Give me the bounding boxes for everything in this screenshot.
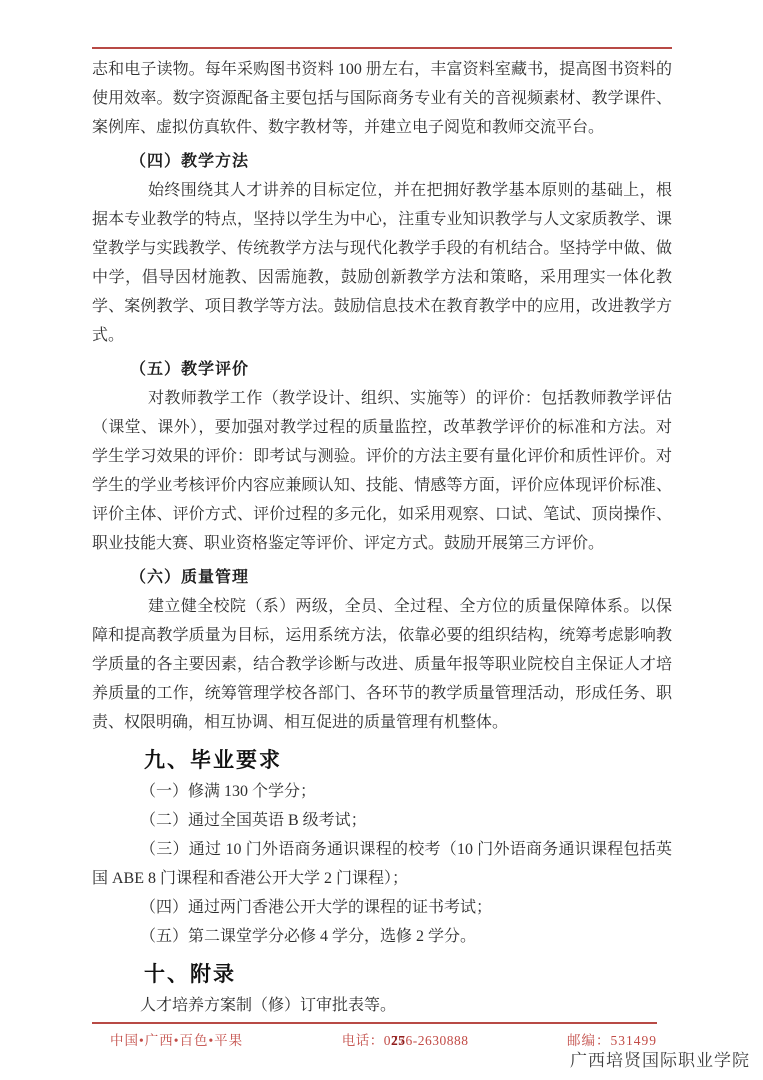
document-page: { "colors": { "accent_red": "#b84a45", "…	[0, 0, 763, 1080]
page-number: 25	[391, 1033, 406, 1049]
footer-phone-digit: 0	[384, 1033, 391, 1048]
graduation-item: （三）通过 10 门外语商务通识课程的校考（10 门外语商务通识课程包括英国 A…	[92, 835, 672, 893]
graduation-item: （四）通过两门香港公开大学的课程的证书考试；	[92, 893, 672, 922]
graduation-item: （二）通过全国英语 B 级考试；	[92, 806, 672, 835]
footer-phone: 电话：077256-2630888	[342, 1029, 469, 1049]
section-body-teaching-evaluation: 对教师教学工作（教学设计、组织、实施等）的评价：包括教师教学评估（课堂、课外），…	[92, 384, 672, 558]
section-heading-teaching-methods: （四）教学方法	[130, 147, 672, 176]
section-body-teaching-methods: 始终围绕其人才讲养的目标定位，并在把拥好教学基本原则的基础上，根据本专业教学的特…	[92, 176, 672, 350]
footer-phone-overlap: 7725	[391, 1033, 406, 1049]
graduation-item: （五）第二课堂学分必修 4 学分，选修 2 学分。	[92, 922, 672, 951]
institution-name: 广西培贤国际职业学院	[570, 1046, 750, 1071]
chapter-heading-graduation-requirements: 九、毕业要求	[144, 746, 672, 776]
footer-phone-label: 电话：	[342, 1033, 384, 1048]
paragraph-intro-continuation: 志和电子读物。每年采购图书资料 100 册左右，丰富资料室藏书，提高图书资料的使…	[92, 55, 672, 142]
header-rule	[92, 47, 672, 49]
page-footer: 中国•广西•百色•平果 电话：077256-2630888 邮编：531499	[92, 1022, 657, 1049]
chapter-heading-appendix: 十、附录	[144, 960, 672, 990]
footer-location: 中国•广西•百色•平果	[92, 1029, 243, 1049]
section-heading-quality-management: （六）质量管理	[130, 563, 672, 592]
section-body-quality-management: 建立健全校院（系）两级，全员、全过程、全方位的质量保障体系。以保障和提高教学质量…	[92, 592, 672, 737]
graduation-item: （一）修满 130 个学分；	[92, 777, 672, 806]
footer-phone-rest: 6-2630888	[405, 1033, 468, 1048]
section-heading-teaching-evaluation: （五）教学评价	[130, 355, 672, 384]
page-content: 志和电子读物。每年采购图书资料 100 册左右，丰富资料室藏书，提高图书资料的使…	[92, 47, 672, 1020]
appendix-body: 人才培养方案制（修）订审批表等。	[92, 991, 672, 1020]
